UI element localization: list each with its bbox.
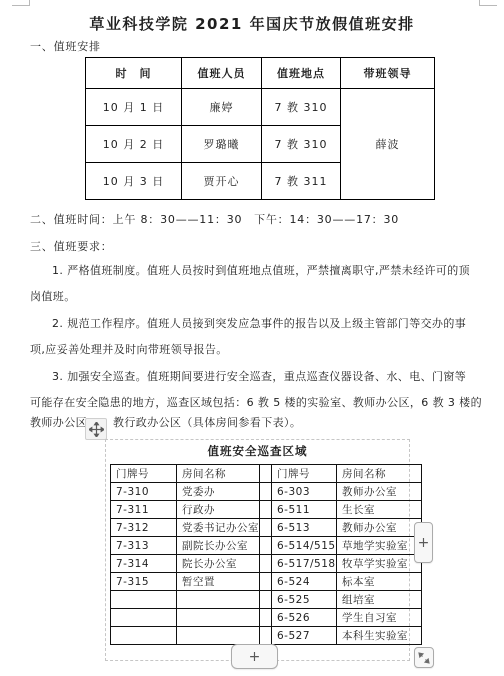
table-resize-button[interactable] [414,647,434,668]
patrol-cell: 牧草学实验室 [337,555,422,573]
crop-mark-top-right-h [479,5,497,6]
patrol-row: 7-313 副院长办公室 6-514/515 草地学实验室 [111,537,422,555]
patrol-cell-gap [260,483,272,501]
patrol-cell: 生长室 [337,501,422,519]
patrol-cell: 暂空置 [177,573,260,591]
crop-mark-top-left-v [29,0,30,6]
patrol-cell-gap [260,501,272,519]
resize-diagonal-icon [418,652,430,664]
duty-person: 罗璐曦 [182,126,262,163]
move-handle-icon [89,422,104,437]
document-page: { "page": { "title": "草业科技学院 2021 年国庆节放假… [0,0,504,676]
section-2-heading: 二、值班时间：上午 8：30——11：30 下午：14：30——17：30 [30,211,399,227]
req-1-line-1: 1. 严格值班制度。值班人员按时到值班地点值班，严禁擅离职守,严禁未经许可的顶 [52,262,470,278]
patrol-table: 门牌号 房间名称 门牌号 房间名称 7-310 党委办 6-303 教师办公室 … [110,464,422,645]
patrol-table-title: 值班安全巡查区域 [105,443,410,459]
duty-header-place: 值班地点 [262,58,341,89]
patrol-cell: 草地学实验室 [337,537,422,555]
patrol-header-room-left: 房间名称 [177,465,260,483]
patrol-cell [111,609,177,627]
patrol-cell: 6-514/515 [272,537,337,555]
duty-header-time: 时 间 [86,58,182,89]
crop-mark-top-right-v [479,0,480,6]
patrol-row: 6-527 本科生实验室 [111,627,422,645]
patrol-cell: 7-313 [111,537,177,555]
patrol-cell-gap [260,573,272,591]
duty-leader: 薛波 [341,89,435,200]
patrol-cell: 6-526 [272,609,337,627]
patrol-cell-gap [260,555,272,573]
patrol-row: 7-312 党委书记办公室 6-513 教师办公室 [111,519,422,537]
duty-header-leader: 带班领导 [341,58,435,89]
patrol-header-no-right: 门牌号 [272,465,337,483]
patrol-cell: 7-315 [111,573,177,591]
patrol-cell: 教师办公室 [337,519,422,537]
patrol-cell [111,591,177,609]
patrol-cell: 教师办公室 [337,483,422,501]
duty-header-person: 值班人员 [182,58,262,89]
patrol-cell: 7-314 [111,555,177,573]
patrol-cell-gap [260,537,272,555]
patrol-cell-gap [260,591,272,609]
patrol-header-row: 门牌号 房间名称 门牌号 房间名称 [111,465,422,483]
patrol-cell: 6-513 [272,519,337,537]
patrol-cell: 学生自习室 [337,609,422,627]
req-3-line-1: 3. 加强安全巡查。值班期间要进行安全巡查，重点巡查仪器设备、水、电、门窗等 [52,368,466,384]
patrol-cell [177,591,260,609]
duty-date: 10 月 3 日 [86,163,182,200]
patrol-cell: 标本室 [337,573,422,591]
patrol-cell: 7-310 [111,483,177,501]
patrol-row: 6-525 组培室 [111,591,422,609]
patrol-cell: 副院长办公室 [177,537,260,555]
patrol-cell: 6-517/518 [272,555,337,573]
patrol-cell: 7-312 [111,519,177,537]
patrol-cell: 本科生实验室 [337,627,422,645]
duty-place: 7 教 310 [262,126,341,163]
patrol-row: 7-315 暂空置 6-524 标本室 [111,573,422,591]
duty-place: 7 教 310 [262,89,341,126]
patrol-row: 7-314 院长办公室 6-517/518 牧草学实验室 [111,555,422,573]
patrol-cell: 行政办 [177,501,260,519]
table-move-handle[interactable] [85,418,107,440]
duty-row-oct1: 10 月 1 日 廉婷 7 教 310 薛波 [86,89,435,126]
plus-icon: + [418,536,430,550]
req-2-line-2: 项,应妥善处理并及时向带班领导报告。 [30,341,228,357]
duty-table-header-row: 时 间 值班人员 值班地点 带班领导 [86,58,435,89]
section-3-heading: 三、值班要求： [30,238,113,254]
patrol-row: 7-311 行政办 6-511 生长室 [111,501,422,519]
section-1-heading: 一、值班安排 [30,38,101,54]
patrol-cell: 7-311 [111,501,177,519]
patrol-cell: 党委办 [177,483,260,501]
patrol-cell: 院长办公室 [177,555,260,573]
patrol-row: 7-310 党委办 6-303 教师办公室 [111,483,422,501]
patrol-cell [177,609,260,627]
patrol-header-gap [260,465,272,483]
patrol-cell-gap [260,627,272,645]
add-column-button[interactable]: + [414,522,433,563]
patrol-cell: 6-303 [272,483,337,501]
patrol-cell: 6-511 [272,501,337,519]
patrol-cell: 6-527 [272,627,337,645]
patrol-header-no-left: 门牌号 [111,465,177,483]
duty-person: 廉婷 [182,89,262,126]
patrol-cell-gap [260,609,272,627]
req-3-line-2: 可能存在安全隐患的地方，巡查区域包括：6 教 5 楼的实验室、教师办公区，6 教… [30,394,482,410]
req-2-line-1: 2. 规范工作程序。值班人员接到突发应急事件的报告以及上级主管部门等交办的事 [52,315,466,331]
duty-person: 贾开心 [182,163,262,200]
crop-mark-top-left-h [12,5,30,6]
patrol-cell: 6-524 [272,573,337,591]
patrol-cell: 党委书记办公室 [177,519,260,537]
page-title: 草业科技学院 2021 年国庆节放假值班安排 [0,13,504,34]
req-3-line-3-before: 教师办公区 [30,414,87,430]
duty-date: 10 月 1 日 [86,89,182,126]
add-row-button[interactable]: + [231,644,278,669]
req-3-line-3: 教师办公区 教行政办公区（具体房间参看下表）。 [30,414,301,430]
req-3-line-3-after: 教行政办公区（具体房间参看下表）。 [113,414,301,430]
patrol-cell [111,627,177,645]
plus-icon: + [249,650,261,664]
patrol-header-room-right: 房间名称 [337,465,422,483]
patrol-cell [177,627,260,645]
duty-place: 7 教 311 [262,163,341,200]
patrol-row: 6-526 学生自习室 [111,609,422,627]
duty-table: 时 间 值班人员 值班地点 带班领导 10 月 1 日 廉婷 7 教 310 薛… [85,57,435,200]
patrol-cell: 6-525 [272,591,337,609]
req-1-line-2: 岗值班。 [30,288,76,304]
duty-date: 10 月 2 日 [86,126,182,163]
patrol-cell-gap [260,519,272,537]
patrol-cell: 组培室 [337,591,422,609]
